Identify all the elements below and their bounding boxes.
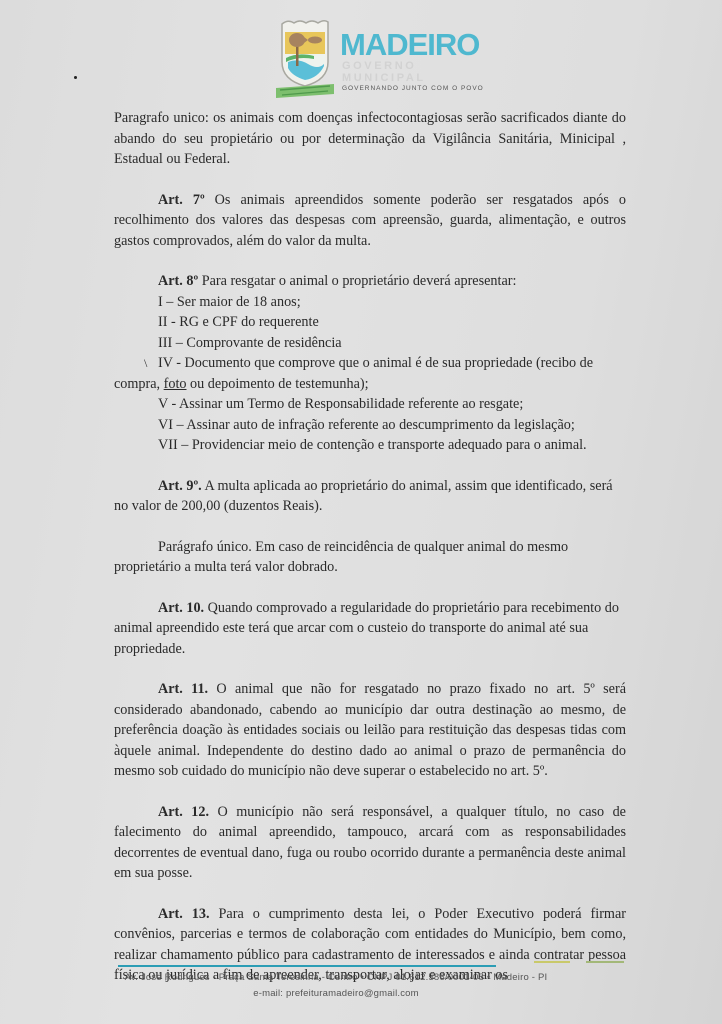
article-8-item-3: III – Comprovante de residência bbox=[114, 333, 626, 354]
letterhead-footer: Av. José Rodrigues - Praça Santa Teresin… bbox=[116, 960, 636, 1000]
article-10-label: Art. 10. bbox=[158, 600, 204, 616]
article-10: Art. 10. Quando comprovado a regularidad… bbox=[114, 598, 626, 660]
item-4-cont-post: ou depoimento de testemunha); bbox=[187, 376, 369, 392]
article-11-label: Art. 11. bbox=[158, 681, 208, 697]
document-page: MADEIRO GOVERNO MUNICIPAL GOVERNANDO JUN… bbox=[0, 0, 722, 1024]
letterhead: MADEIRO GOVERNO MUNICIPAL GOVERNANDO JUN… bbox=[272, 18, 502, 100]
brand-block: MADEIRO GOVERNO MUNICIPAL GOVERNANDO JUN… bbox=[340, 30, 502, 93]
brand-subtitle: GOVERNO MUNICIPAL bbox=[342, 60, 502, 84]
article-12: Art. 12. O município não será responsáve… bbox=[114, 802, 626, 884]
footer-address: Av. José Rodrigues - Praça Santa Teresin… bbox=[116, 972, 556, 984]
article-8-label: Art. 8º bbox=[158, 273, 198, 289]
article-8-item-4-continuation: compra, foto ou depoimento de testemunha… bbox=[114, 374, 626, 395]
article-9-label: Art. 9º. bbox=[158, 478, 202, 494]
article-8-item-5: V - Assinar um Termo de Responsabilidade… bbox=[114, 394, 626, 415]
document-body: Paragrafo unico: os animais com doenças … bbox=[114, 108, 626, 986]
article-9: Art. 9º. A multa aplicada ao proprietári… bbox=[114, 476, 626, 517]
margin-mark-icon: \ bbox=[144, 353, 158, 374]
article-8-text: Para resgatar o animal o proprietário de… bbox=[198, 273, 516, 289]
brand-name: MADEIRO bbox=[340, 30, 502, 60]
article-8: Art. 8º Para resgatar o animal o proprie… bbox=[114, 271, 626, 292]
article-13-label: Art. 13. bbox=[158, 906, 210, 922]
footer-rule bbox=[116, 960, 636, 968]
brand-slogan: GOVERNANDO JUNTO COM O POVO bbox=[342, 84, 502, 93]
article-8-item-6: VI – Assinar auto de infração referente … bbox=[114, 415, 626, 436]
article-8-item-4-text: IV - Documento que comprove que o animal… bbox=[158, 355, 593, 371]
article-9-paragrafo-unico: Parágrafo único. Em caso de reincidência… bbox=[114, 537, 626, 578]
article-7-label: Art. 7º bbox=[158, 192, 205, 208]
footer-rule-blue bbox=[118, 965, 496, 967]
municipal-crest-icon bbox=[274, 18, 336, 100]
article-8-item-4: \IV - Documento que comprove que o anima… bbox=[114, 353, 626, 374]
footer-rule-green bbox=[586, 961, 624, 963]
paragrafo-unico-top: Paragrafo unico: os animais com doenças … bbox=[114, 108, 626, 170]
footer-rule-yellow bbox=[534, 961, 570, 963]
article-12-label: Art. 12. bbox=[158, 804, 209, 820]
article-8-item-1: I – Ser maior de 18 anos; bbox=[114, 292, 626, 313]
footer-email: e-mail: prefeituramadeiro@gmail.com bbox=[116, 988, 556, 1000]
article-11: Art. 11. O animal que não for resgatado … bbox=[114, 679, 626, 782]
item-4-cont-pre: compra, bbox=[114, 376, 164, 392]
stray-dot bbox=[74, 76, 77, 79]
article-8-item-2: II - RG e CPF do requerente bbox=[114, 312, 626, 333]
underlined-word: foto bbox=[164, 376, 187, 392]
article-7: Art. 7º Os animais apreendidos somente p… bbox=[114, 190, 626, 252]
article-8-item-7: VII – Providenciar meio de contenção e t… bbox=[114, 435, 626, 456]
